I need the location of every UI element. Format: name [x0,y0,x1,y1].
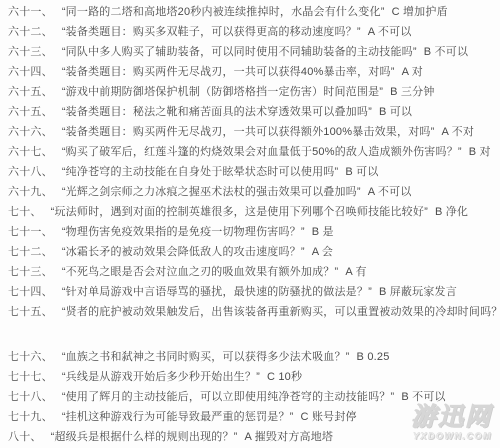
line-question: “冰霜长矛的被动效果会降低敌人的攻击速度吗？” [62,246,305,258]
line-question: “装备类题目：秘法之靴和痛苦面具的法术穿透效果可以叠加吗” [62,106,372,118]
line-question: “不死鸟之眼是否会对泣血之刃的吸血效果有额外加成？” [62,266,339,278]
quiz-line: 七十、“玩法师时，遇到对面的控制英雄很多，这是使用下列哪个召唤师技能比较好”B … [8,202,500,222]
quiz-line: 七十四、“针对单局游戏中言语辱骂的骚扰，最快速的防骚扰的做法是？”B 屏蔽玩家发… [8,282,500,302]
line-number: 七十二、 [8,242,53,262]
line-answer: B 0.25 [357,351,390,363]
line-number: 六十四、 [8,62,53,82]
line-answer: B 不可以 [424,46,468,58]
line-answer: B 三分钟 [390,86,434,98]
line-answer: A 摧毁对方高地塔 [245,431,334,443]
quiz-line: 六十二、“装备类题目：购买多双鞋子，可以获得更高的移动速度吗？”A 不可以 [8,22,500,42]
line-question: “使用了辉月的主动技能后，可以立即使用纯净苍穹的主动技能吗？” [62,391,395,403]
line-number: 七十、 [8,202,42,222]
quiz-line: 七十三、“不死鸟之眼是否会对泣血之刃的吸血效果有额外加成？”A 有 [8,262,500,282]
line-number: 七十五、 [8,302,53,322]
line-number: 六十二、 [8,22,53,42]
line-question: “游戏中前期防御塔保护机制（防御塔格挡一定伤害）时间范围是” [62,86,383,98]
line-answer: B 不可以 [401,391,445,403]
quiz-line: 七十二、“冰霜长矛的被动效果会降低敌人的攻击速度吗？”A 会 [8,242,500,262]
line-number: 七十三、 [8,262,53,282]
line-answer: A 不可以 [368,26,412,38]
line-question: “同队中多人购买了辅助装备，可以同时使用不同辅助装备的主动技能吗” [62,46,417,58]
quiz-line: 七十五、“贤者的庇护被动效果触发后，出售该装备再重新购买，可以重置被动效果的冷却… [8,302,500,322]
line-answer: C 增加护盾 [392,6,448,18]
quiz-line: 六十三、“同队中多人购买了辅助装备，可以同时使用不同辅助装备的主动技能吗”B 不… [8,42,500,62]
line-answer: B 净化 [435,206,468,218]
line-number: 六十一、 [8,2,53,22]
line-question: “装备类题目：购买多双鞋子，可以获得更高的移动速度吗？” [62,26,361,38]
line-question: “兵线是从游戏开始后多少秒开始出生？” [62,371,260,383]
line-answer: B 可以 [345,166,378,178]
line-question: “纯净苍穹的主动技能在自身处于眩晕状态时可以使用吗” [62,166,339,178]
line-answer: A 会 [312,246,333,258]
line-answer: C 10秒 [267,371,302,383]
line-question: “光辉之剑宗师之力冰痕之握巫术法杖的强击效果可以叠加吗” [62,186,361,198]
quiz-line: 七十六、“血族之书和弑神之书同时购买，可以获得多少法术吸血？”B 0.25 [8,347,500,367]
line-number: 七十四、 [8,282,53,302]
line-question: “物理伤害免疫效果指的是免疫一切物理伤害吗？” [62,226,305,238]
line-answer: B 屏蔽玩家发言 [379,286,457,298]
line-number: 六十八、 [8,162,53,182]
line-answer: A 不可以 [368,186,412,198]
line-answer: A 不对 [441,126,474,138]
line-answer: A 对 [402,66,423,78]
line-question: “购买了破军后，红莲斗篷的灼烧效果会对血量低于50%的敌人造成额外伤害吗？” [62,146,462,158]
line-question: “玩法师时，遇到对面的控制英雄很多，这是使用下列哪个召唤师技能比较好” [51,206,428,218]
quiz-line: 六十五、“游戏中前期防御塔保护机制（防御塔格挡一定伤害）时间范围是”B 三分钟 [8,82,500,102]
quiz-line: 七十一、“物理伤害免疫效果指的是免疫一切物理伤害吗？”B 是 [8,222,500,242]
quiz-line: 六十七、“购买了破军后，红莲斗篷的灼烧效果会对血量低于50%的敌人造成额外伤害吗… [8,142,500,162]
quiz-line: 六十四、“装备类题目：购买两件无尽战刃，一共可以获得40%暴击率，对吗”A 对 [8,62,500,82]
line-number: 七十九、 [8,407,53,427]
line-question: “同一路的二塔和高地塔20秒内被连续推掉时，水晶会有什么变化” [62,6,385,18]
quiz-line: 七十八、“使用了辉月的主动技能后，可以立即使用纯净苍穹的主动技能吗？”B 不可以 [8,387,500,407]
line-number: 六十三、 [8,42,53,62]
quiz-line: 六十九、“光辉之剑宗师之力冰痕之握巫术法杖的强击效果可以叠加吗”A 不可以 [8,182,500,202]
line-number: 六十九、 [8,182,53,202]
quiz-line: 八十、“超级兵是根据什么样的规则出现的？”A 摧毁对方高地塔 [8,427,500,447]
line-number: 七十一、 [8,222,53,242]
quiz-line: 七十九、“挂机这种游戏行为可能导致最严重的惩罚是？”C 账号封停 [8,407,500,427]
line-answer: B 是 [312,226,334,238]
line-number: 六十七、 [8,142,53,162]
line-answer: C 账号封停 [301,411,357,423]
line-question: “针对单局游戏中言语辱骂的骚扰，最快速的防骚扰的做法是？” [62,286,372,298]
quiz-line: 六十五、“装备类题目：秘法之靴和痛苦面具的法术穿透效果可以叠加吗”B 可以 [8,102,500,122]
line-question: “装备类题目：购买两件无尽战刃，一共可以获得40%暴击率，对吗” [62,66,395,78]
line-question: “血族之书和弑神之书同时购买，可以获得多少法术吸血？” [62,351,350,363]
line-question: “装备类题目：购买两件无尽战刃，一共可以获得额外100%暴击效果，对吗” [62,126,435,138]
line-number: 八十、 [8,427,42,447]
quiz-line: 六十一、“同一路的二塔和高地塔20秒内被连续推掉时，水晶会有什么变化”C 增加护… [8,2,500,22]
quiz-answer-list: 六十一、“同一路的二塔和高地塔20秒内被连续推掉时，水晶会有什么变化”C 增加护… [0,0,500,447]
line-number: 六十五、 [8,102,53,122]
line-number: 七十六、 [8,347,53,367]
quiz-line: 六十八、“纯净苍穹的主动技能在自身处于眩晕状态时可以使用吗”B 可以 [8,162,500,182]
line-number: 六十六、 [8,122,53,142]
quiz-line: 七十七、“兵线是从游戏开始后多少秒开始出生？”C 10秒 [8,367,500,387]
line-number: 七十七、 [8,367,53,387]
quiz-line: 六十六、“装备类题目：购买两件无尽战刃，一共可以获得额外100%暴击效果，对吗”… [8,122,500,142]
line-number: 六十五、 [8,82,53,102]
line-answer: A 有 [345,266,366,278]
line-answer: B 对 [469,146,491,158]
line-answer: B 可以 [379,106,412,118]
line-number: 七十八、 [8,387,53,407]
line-question: “超级兵是根据什么样的规则出现的？” [51,431,238,443]
line-question: “挂机这种游戏行为可能导致最严重的惩罚是？” [62,411,294,423]
line-question: “贤者的庇护被动效果触发后，出售该装备再重新购买，可以重置被动效果的冷却时间吗？… [62,306,500,318]
